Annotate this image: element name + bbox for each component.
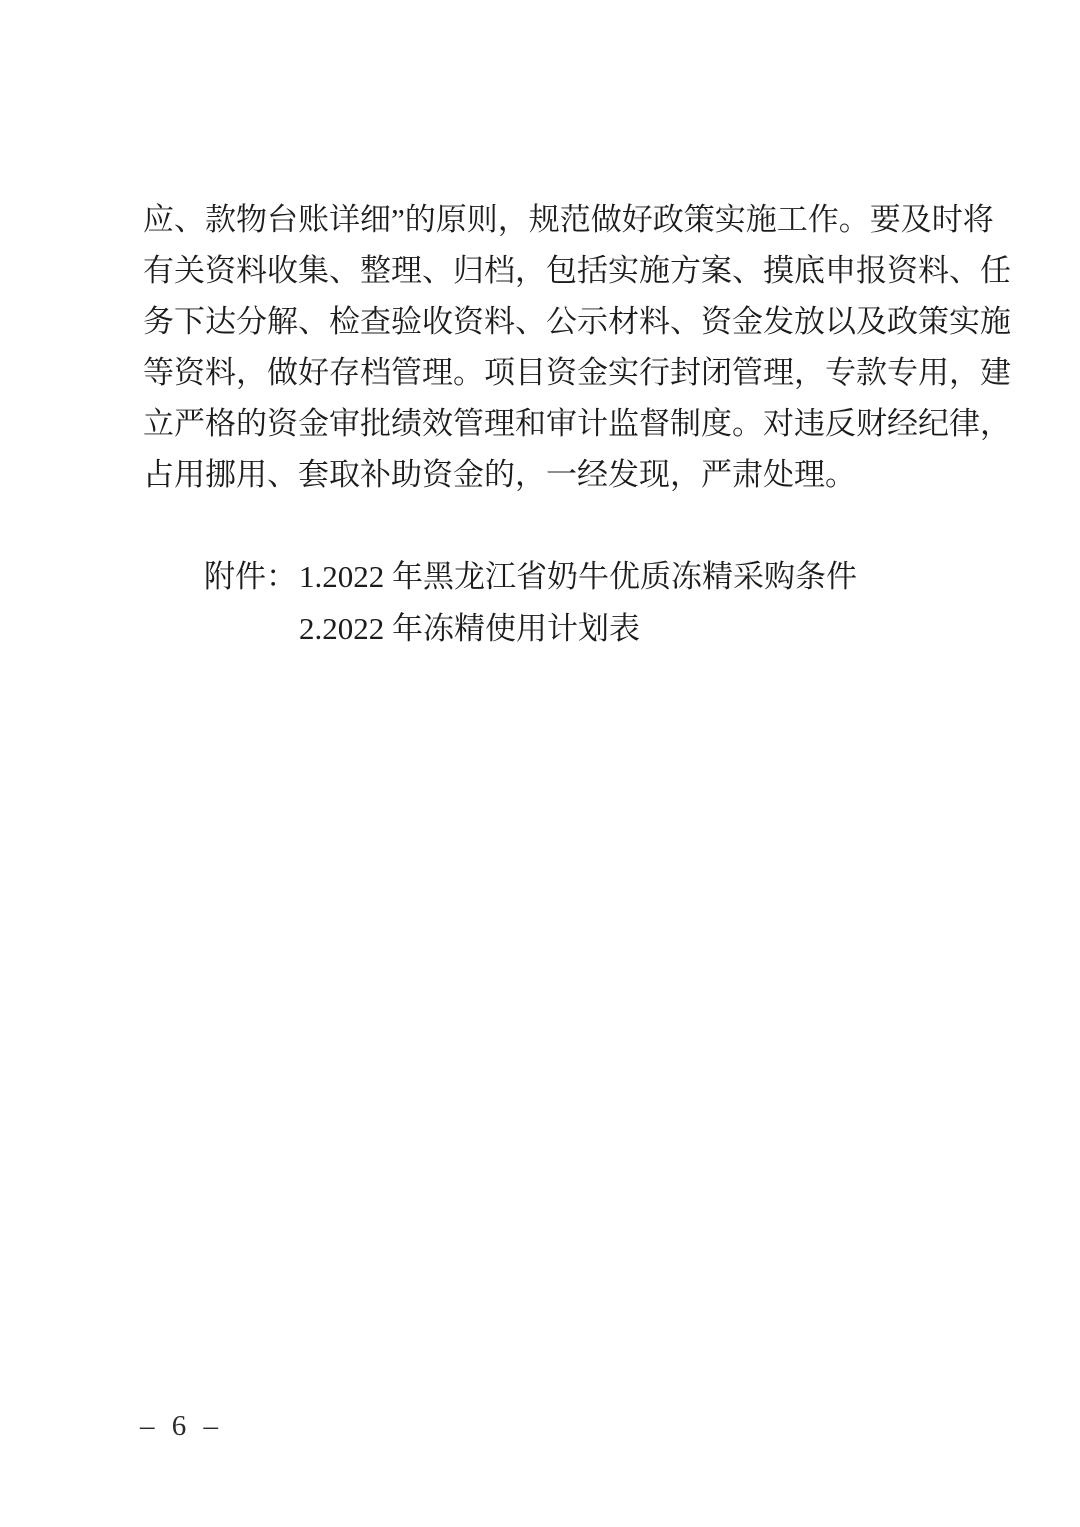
body-line: 等资料，做好存档管理。项目资金实行封闭管理，专款专用，建 <box>143 347 948 398</box>
attachment-section: 附件： 1.2022 年黑龙江省奶牛优质冻精采购条件 2.2022 年冻精使用计… <box>204 551 857 655</box>
body-line: 占用挪用、套取补助资金的，一经发现，严肃处理。 <box>143 449 948 500</box>
page-number: – 6 – <box>140 1410 223 1443</box>
body-line: 有关资料收集、整理、归档，包括实施方案、摸底申报资料、任 <box>143 245 948 296</box>
body-line: 务下达分解、检查验收资料、公示材料、资金发放以及政策实施 <box>143 296 948 347</box>
attachment-item: 1.2022 年黑龙江省奶牛优质冻精采购条件 <box>299 551 857 603</box>
document-page: 应、款物台账详细”的原则，规范做好政策实施工作。要及时将 有关资料收集、整理、归… <box>0 0 1080 1527</box>
attachment-item: 2.2022 年冻精使用计划表 <box>299 603 857 655</box>
attachment-label: 附件： <box>204 551 297 603</box>
attachment-list: 1.2022 年黑龙江省奶牛优质冻精采购条件 2.2022 年冻精使用计划表 <box>299 551 857 655</box>
body-paragraph: 应、款物台账详细”的原则，规范做好政策实施工作。要及时将 有关资料收集、整理、归… <box>143 194 948 500</box>
body-line: 应、款物台账详细”的原则，规范做好政策实施工作。要及时将 <box>143 194 948 245</box>
body-line: 立严格的资金审批绩效管理和审计监督制度。对违反财经纪律， <box>143 398 948 449</box>
